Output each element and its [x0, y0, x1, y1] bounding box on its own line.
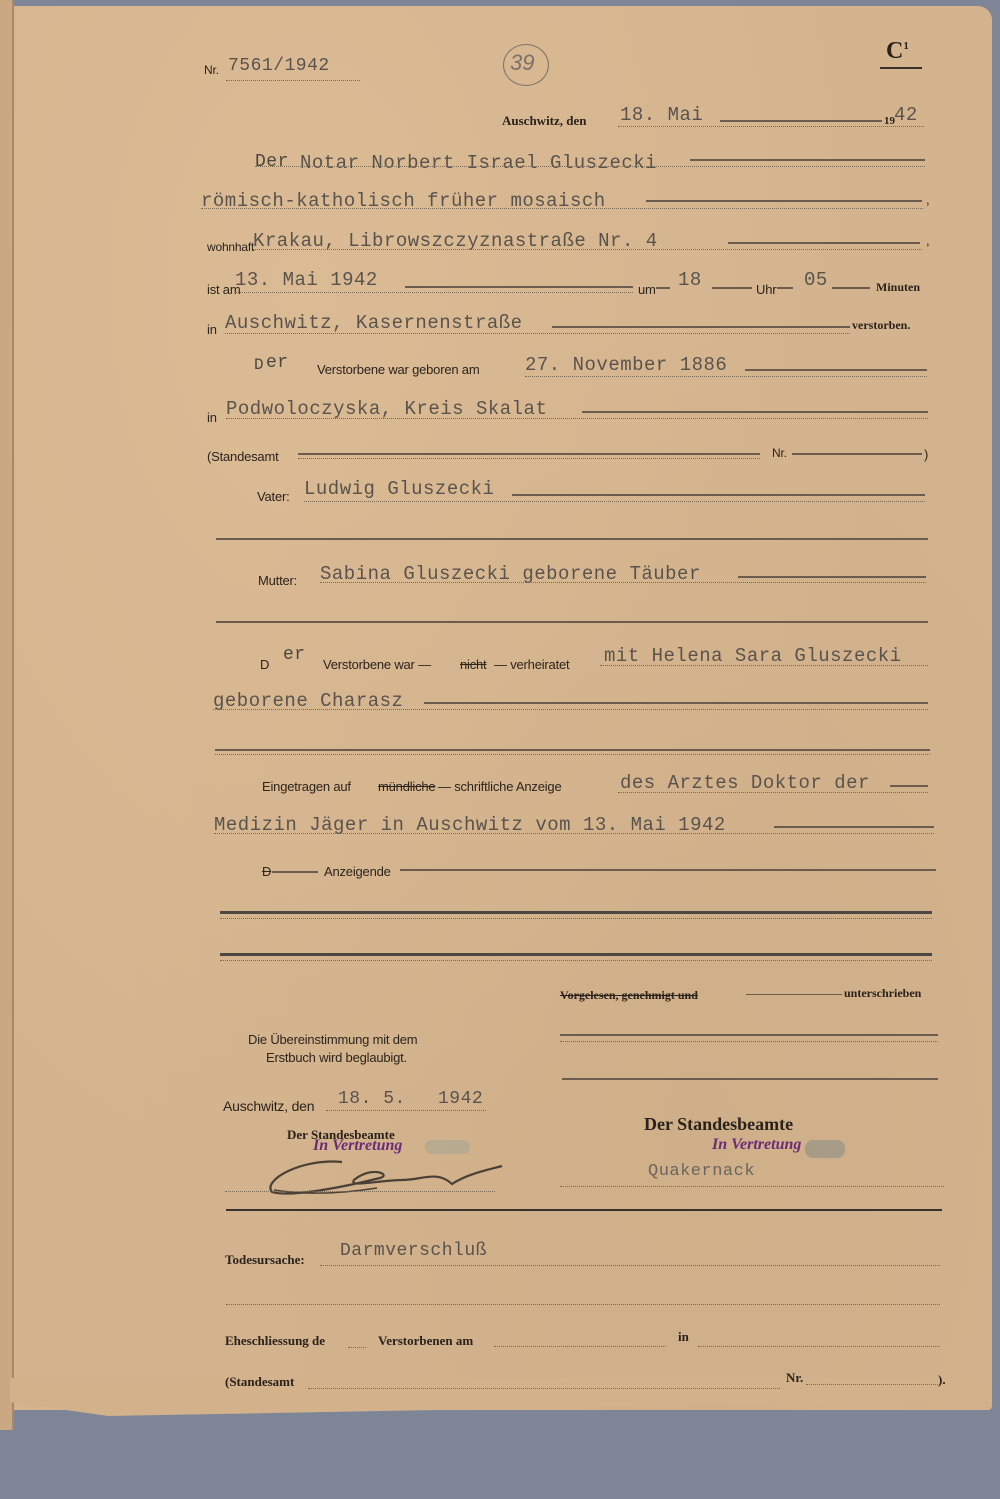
death-place-line	[552, 326, 850, 328]
death-place: Auschwitz, Kasernenstraße	[225, 312, 523, 334]
registrar-name: Quakernack	[648, 1162, 755, 1181]
birth-date-line	[745, 369, 927, 371]
minutes-line-b	[832, 287, 870, 289]
registration-dotline2	[214, 833, 934, 834]
anzeigende-d-struck: D	[262, 864, 271, 879]
approval-sign-line2	[562, 1078, 938, 1080]
eheschliessung-label-b: Verstorbenen am	[378, 1333, 473, 1349]
registration-dotline1	[618, 792, 928, 793]
eheschliessung-close: ).	[938, 1372, 946, 1388]
form-code-sup: 1	[903, 40, 909, 52]
cause-dotline1	[320, 1265, 940, 1266]
anzeigende-line	[400, 869, 936, 871]
anzeigende-dotline1	[220, 918, 932, 919]
anzeigende-label: Anzeigende	[324, 864, 391, 879]
eheschliessung-in-label: in	[678, 1329, 689, 1345]
father-line	[512, 494, 925, 496]
marriage-label-b: — verheiratet	[494, 657, 569, 672]
death-hour: 18	[678, 269, 702, 291]
page-mark-number: 39	[510, 50, 534, 76]
deceased-name: Notar Norbert Israel Gluszecki	[300, 152, 657, 174]
cause-label: Todesursache:	[225, 1252, 305, 1268]
registration-line1-rule	[890, 785, 928, 787]
issue-date: 18. Mai	[620, 104, 703, 126]
eheschliessung-label-a: Eheschliessung de	[225, 1333, 325, 1349]
marriage-extra-dotline	[215, 754, 930, 755]
eheschliessung-date-dotline	[494, 1346, 666, 1347]
birth-standesamt-label: (Standesamt	[207, 449, 279, 464]
residence-line	[728, 242, 920, 244]
religion-line	[646, 200, 922, 202]
eheschliessung-standesamt-label: (Standesamt	[225, 1374, 294, 1390]
mother-extra-line	[216, 621, 928, 623]
eheschliessung-standesamt-dotline	[308, 1388, 780, 1389]
marriage-article-er: er	[283, 645, 306, 665]
form-code-underline	[880, 67, 922, 69]
approval-sign-line1	[560, 1034, 938, 1036]
birth-date: 27. November 1886	[525, 354, 727, 376]
cause-dotline2	[226, 1304, 940, 1305]
deceased-article: Der	[255, 152, 289, 172]
father-dotline	[304, 501, 925, 502]
vorgelesen-struck: Vorgelesen, genehmigt und	[560, 988, 698, 1003]
birth-place-in-label: in	[207, 410, 217, 425]
registrar-title: Der Standesbeamte	[644, 1114, 793, 1135]
registrar-stamp: In Vertretung	[712, 1136, 801, 1154]
birth-place: Podwoloczyska, Kreis Skalat	[226, 398, 547, 420]
birth-standesamt-line	[298, 453, 760, 455]
register-number: 7561/1942	[228, 56, 330, 76]
spouse-line1: mit Helena Sara Gluszecki	[604, 645, 902, 667]
stamp-smudge-right	[805, 1140, 845, 1158]
spouse-dotline1	[600, 665, 928, 666]
nr-dotline	[226, 80, 360, 81]
death-minutes: 05	[804, 269, 828, 291]
birth-nr-close: )	[924, 447, 928, 462]
death-place-in-label: in	[207, 322, 217, 337]
anzeigende-heavy-line1	[220, 911, 932, 914]
name-line	[690, 159, 925, 161]
death-date-line	[405, 286, 633, 288]
religion-comma: ,	[926, 192, 929, 207]
birth-place-dotline	[226, 418, 928, 419]
form-code: C1	[886, 38, 909, 65]
birth-article-d: D	[254, 356, 264, 374]
anzeigende-dotline2	[220, 960, 932, 961]
section-divider	[226, 1209, 942, 1211]
residence-comma: ,	[926, 233, 929, 248]
book-spine	[0, 0, 14, 1430]
eheschliessung-place-dotline	[698, 1346, 940, 1347]
marriage-nicht-struck: nicht	[460, 657, 486, 672]
date-dotline	[618, 126, 924, 127]
registration-line2-rule	[774, 826, 934, 828]
form-code-letter: C	[886, 38, 903, 64]
registration-muendliche-struck: mündliche	[378, 779, 435, 794]
birth-standesamt-dotline	[298, 458, 760, 459]
marriage-article-d: D	[260, 657, 269, 672]
um-label: um	[638, 282, 656, 297]
certification-line1: Die Übereinstimmung mit dem	[248, 1032, 417, 1047]
registration-label-b: — schriftliche Anzeige	[438, 779, 562, 794]
death-date: 13. Mai 1942	[235, 269, 378, 291]
father-name: Ludwig Gluszecki	[304, 478, 494, 500]
mother-line	[738, 576, 926, 578]
mother-label: Mutter:	[258, 573, 297, 588]
birth-label: Verstorbene war geboren am	[317, 362, 479, 377]
cause-value: Darmverschluß	[340, 1241, 487, 1261]
eheschliessung-nr-dotline	[806, 1384, 938, 1385]
registration-label-a: Eingetragen auf	[262, 779, 351, 794]
death-date-dotline	[235, 292, 633, 293]
anzeigende-heavy-line2	[220, 953, 932, 956]
unterschrieben-label: unterschrieben	[844, 986, 921, 1001]
anzeigende-prefix-line	[272, 871, 318, 873]
certification-line2: Erstbuch wird beglaubigt.	[266, 1050, 407, 1065]
religion-dotline	[201, 208, 923, 209]
eheschliessung-suffix-dotline	[348, 1347, 366, 1348]
nr-label: Nr.	[204, 63, 219, 77]
spouse-dotline2	[213, 709, 928, 710]
certification-year: 1942	[438, 1089, 483, 1109]
verstorben-label: verstorben.	[852, 318, 910, 333]
minutes-line-a	[777, 287, 793, 289]
death-place-dotline	[225, 333, 850, 334]
registration-line1: des Arztes Doktor der	[620, 772, 870, 794]
father-label: Vater:	[257, 489, 290, 504]
residence-dotline	[253, 249, 922, 250]
residence-label: wohnhaft	[207, 240, 254, 254]
vorgelesen-line	[746, 994, 842, 995]
eheschliessung-nr-label: Nr.	[786, 1370, 803, 1386]
birth-nr-line	[792, 453, 922, 455]
spouse-line2-rule	[424, 702, 928, 704]
date-line	[720, 120, 882, 122]
approval-dotline1	[560, 1041, 938, 1042]
certification-signature-dotline	[225, 1191, 495, 1192]
certification-day-month: 18. 5.	[338, 1089, 406, 1109]
name-dotline	[255, 166, 925, 167]
hour-line-a	[656, 287, 670, 289]
registrar-dotline	[560, 1186, 944, 1187]
birth-place-line	[582, 411, 928, 413]
uhr-label: Uhr	[756, 282, 776, 297]
certification-date-dotline	[326, 1110, 486, 1111]
place-date-label: Auschwitz, den	[502, 113, 587, 129]
birth-nr-label: Nr.	[772, 446, 787, 460]
marriage-label-a: Verstorbene war —	[323, 657, 431, 672]
birth-date-dotline	[525, 376, 927, 377]
hour-line-b	[712, 287, 752, 289]
issue-year: 42	[894, 104, 918, 126]
certification-place-label: Auschwitz, den	[223, 1098, 314, 1114]
mother-dotline	[320, 582, 926, 583]
minuten-label: Minuten	[876, 280, 920, 295]
marriage-extra-line	[215, 749, 930, 751]
birth-article-er: er	[266, 353, 289, 373]
certification-signature	[262, 1150, 522, 1200]
father-extra-line	[216, 538, 928, 540]
